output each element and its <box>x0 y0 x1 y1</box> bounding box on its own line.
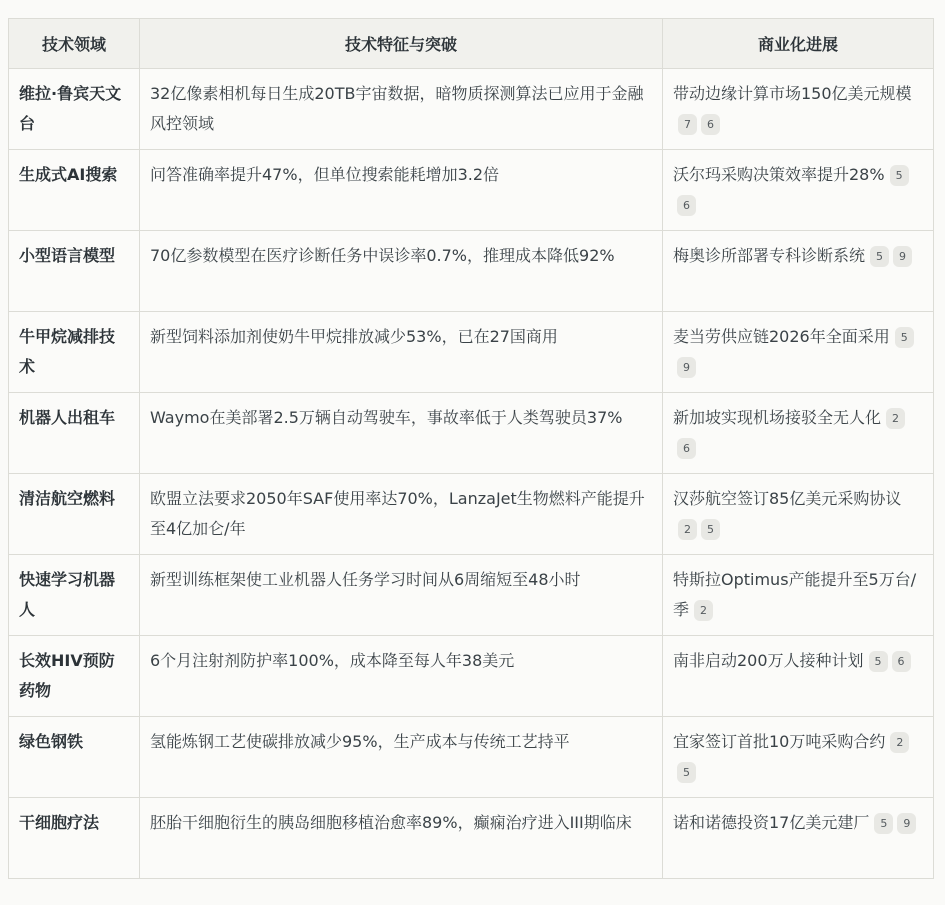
table-row: 小型语言模型70亿参数模型在医疗诊断任务中误诊率0.7%，推理成本降低92%梅奥… <box>9 231 934 312</box>
cell-commercial-progress: 新加坡实现机场接驳全无人化26 <box>663 393 934 474</box>
table-row: 维拉·鲁宾天文台32亿像素相机每日生成20TB宇宙数据，暗物质探测算法已应用于金… <box>9 69 934 150</box>
table-row: 清洁航空燃料欧盟立法要求2050年SAF使用率达70%，LanzaJet生物燃料… <box>9 474 934 555</box>
citation-group: 2 <box>689 600 713 619</box>
table-row: 绿色钢铁氢能炼钢工艺使碳排放减少95%，生产成本与传统工艺持平宜家签订首批10万… <box>9 717 934 798</box>
citation-badge[interactable]: 5 <box>890 165 909 186</box>
citation-badge[interactable]: 2 <box>886 408 905 429</box>
citation-badge[interactable]: 2 <box>890 732 909 753</box>
cell-tech-features: 新型饲料添加剂使奶牛甲烷排放减少53%，已在27国商用 <box>140 312 663 393</box>
progress-text: 梅奥诊所部署专科诊断系统 <box>673 246 865 265</box>
progress-text: 沃尔玛采购决策效率提升28% <box>673 165 885 184</box>
cell-commercial-progress: 梅奥诊所部署专科诊断系统59 <box>663 231 934 312</box>
table-row: 干细胞疗法胚胎干细胞衍生的胰岛细胞移植治愈率89%，癫痫治疗进入III期临床诺和… <box>9 798 934 879</box>
citation-badge[interactable]: 6 <box>701 114 720 135</box>
citation-badge[interactable]: 6 <box>677 195 696 216</box>
cell-tech-features: 6个月注射剂防护率100%，成本降至每人年38美元 <box>140 636 663 717</box>
cell-commercial-progress: 麦当劳供应链2026年全面采用59 <box>663 312 934 393</box>
citation-group: 59 <box>865 246 912 265</box>
progress-text: 麦当劳供应链2026年全面采用 <box>673 327 890 346</box>
citation-group: 56 <box>864 651 911 670</box>
cell-commercial-progress: 带动边缘计算市场150亿美元规模76 <box>663 69 934 150</box>
citation-group: 76 <box>673 114 720 133</box>
table-row: 牛甲烷减排技术新型饲料添加剂使奶牛甲烷排放减少53%，已在27国商用麦当劳供应链… <box>9 312 934 393</box>
cell-tech-field: 牛甲烷减排技术 <box>9 312 140 393</box>
cell-tech-field: 小型语言模型 <box>9 231 140 312</box>
tech-commercialization-table-container: 技术领域 技术特征与突破 商业化进展 维拉·鲁宾天文台32亿像素相机每日生成20… <box>8 18 933 879</box>
citation-badge[interactable]: 5 <box>677 762 696 783</box>
cell-tech-features: 32亿像素相机每日生成20TB宇宙数据，暗物质探测算法已应用于金融风控领域 <box>140 69 663 150</box>
citation-badge[interactable]: 2 <box>694 600 713 621</box>
cell-tech-field: 生成式AI搜索 <box>9 150 140 231</box>
cell-tech-features: 70亿参数模型在医疗诊断任务中误诊率0.7%，推理成本降低92% <box>140 231 663 312</box>
cell-tech-field: 快速学习机器人 <box>9 555 140 636</box>
citation-badge[interactable]: 6 <box>677 438 696 459</box>
citation-badge[interactable]: 9 <box>897 813 916 834</box>
progress-text: 带动边缘计算市场150亿美元规模 <box>673 84 912 103</box>
progress-text: 新加坡实现机场接驳全无人化 <box>673 408 881 427</box>
citation-badge[interactable]: 6 <box>892 651 911 672</box>
header-tech-features: 技术特征与突破 <box>140 19 663 69</box>
cell-tech-field: 干细胞疗法 <box>9 798 140 879</box>
cell-commercial-progress: 诺和诺德投资17亿美元建厂59 <box>663 798 934 879</box>
cell-tech-features: 欧盟立法要求2050年SAF使用率达70%，LanzaJet生物燃料产能提升至4… <box>140 474 663 555</box>
cell-tech-field: 清洁航空燃料 <box>9 474 140 555</box>
progress-text: 汉莎航空签订85亿美元采购协议 <box>673 489 901 508</box>
table-row: 生成式AI搜索问答准确率提升47%，但单位搜索能耗增加3.2倍沃尔玛采购决策效率… <box>9 150 934 231</box>
cell-tech-features: 新型训练框架使工业机器人任务学习时间从6周缩短至48小时 <box>140 555 663 636</box>
cell-tech-field: 长效HIV预防药物 <box>9 636 140 717</box>
cell-tech-features: 胚胎干细胞衍生的胰岛细胞移植治愈率89%，癫痫治疗进入III期临床 <box>140 798 663 879</box>
cell-tech-features: 氢能炼钢工艺使碳排放减少95%，生产成本与传统工艺持平 <box>140 717 663 798</box>
header-commercial-progress: 商业化进展 <box>663 19 934 69</box>
citation-badge[interactable]: 5 <box>874 813 893 834</box>
cell-tech-field: 绿色钢铁 <box>9 717 140 798</box>
table-body: 维拉·鲁宾天文台32亿像素相机每日生成20TB宇宙数据，暗物质探测算法已应用于金… <box>9 69 934 879</box>
citation-badge[interactable]: 9 <box>677 357 696 378</box>
progress-text: 诺和诺德投资17亿美元建厂 <box>673 813 869 832</box>
citation-group: 59 <box>869 813 916 832</box>
citation-badge[interactable]: 2 <box>678 519 697 540</box>
cell-commercial-progress: 宜家签订首批10万吨采购合约25 <box>663 717 934 798</box>
table-row: 机器人出租车Waymo在美部署2.5万辆自动驾驶车，事故率低于人类驾驶员37%新… <box>9 393 934 474</box>
table-row: 长效HIV预防药物6个月注射剂防护率100%，成本降至每人年38美元南非启动20… <box>9 636 934 717</box>
cell-commercial-progress: 南非启动200万人接种计划56 <box>663 636 934 717</box>
table-header: 技术领域 技术特征与突破 商业化进展 <box>9 19 934 69</box>
citation-badge[interactable]: 5 <box>870 246 889 267</box>
header-row: 技术领域 技术特征与突破 商业化进展 <box>9 19 934 69</box>
header-tech-field: 技术领域 <box>9 19 140 69</box>
citation-badge[interactable]: 5 <box>895 327 914 348</box>
citation-badge[interactable]: 5 <box>701 519 720 540</box>
citation-badge[interactable]: 7 <box>678 114 697 135</box>
progress-text: 宜家签订首批10万吨采购合约 <box>673 732 885 751</box>
cell-tech-features: Waymo在美部署2.5万辆自动驾驶车，事故率低于人类驾驶员37% <box>140 393 663 474</box>
citation-group: 25 <box>673 519 720 538</box>
cell-commercial-progress: 特斯拉Optimus产能提升至5万台/季2 <box>663 555 934 636</box>
cell-tech-field: 维拉·鲁宾天文台 <box>9 69 140 150</box>
citation-badge[interactable]: 5 <box>869 651 888 672</box>
citation-badge[interactable]: 9 <box>893 246 912 267</box>
table-row: 快速学习机器人新型训练框架使工业机器人任务学习时间从6周缩短至48小时特斯拉Op… <box>9 555 934 636</box>
cell-tech-field: 机器人出租车 <box>9 393 140 474</box>
cell-commercial-progress: 沃尔玛采购决策效率提升28%56 <box>663 150 934 231</box>
cell-commercial-progress: 汉莎航空签订85亿美元采购协议25 <box>663 474 934 555</box>
tech-commercialization-table: 技术领域 技术特征与突破 商业化进展 维拉·鲁宾天文台32亿像素相机每日生成20… <box>8 18 934 879</box>
progress-text: 南非启动200万人接种计划 <box>673 651 864 670</box>
cell-tech-features: 问答准确率提升47%，但单位搜索能耗增加3.2倍 <box>140 150 663 231</box>
